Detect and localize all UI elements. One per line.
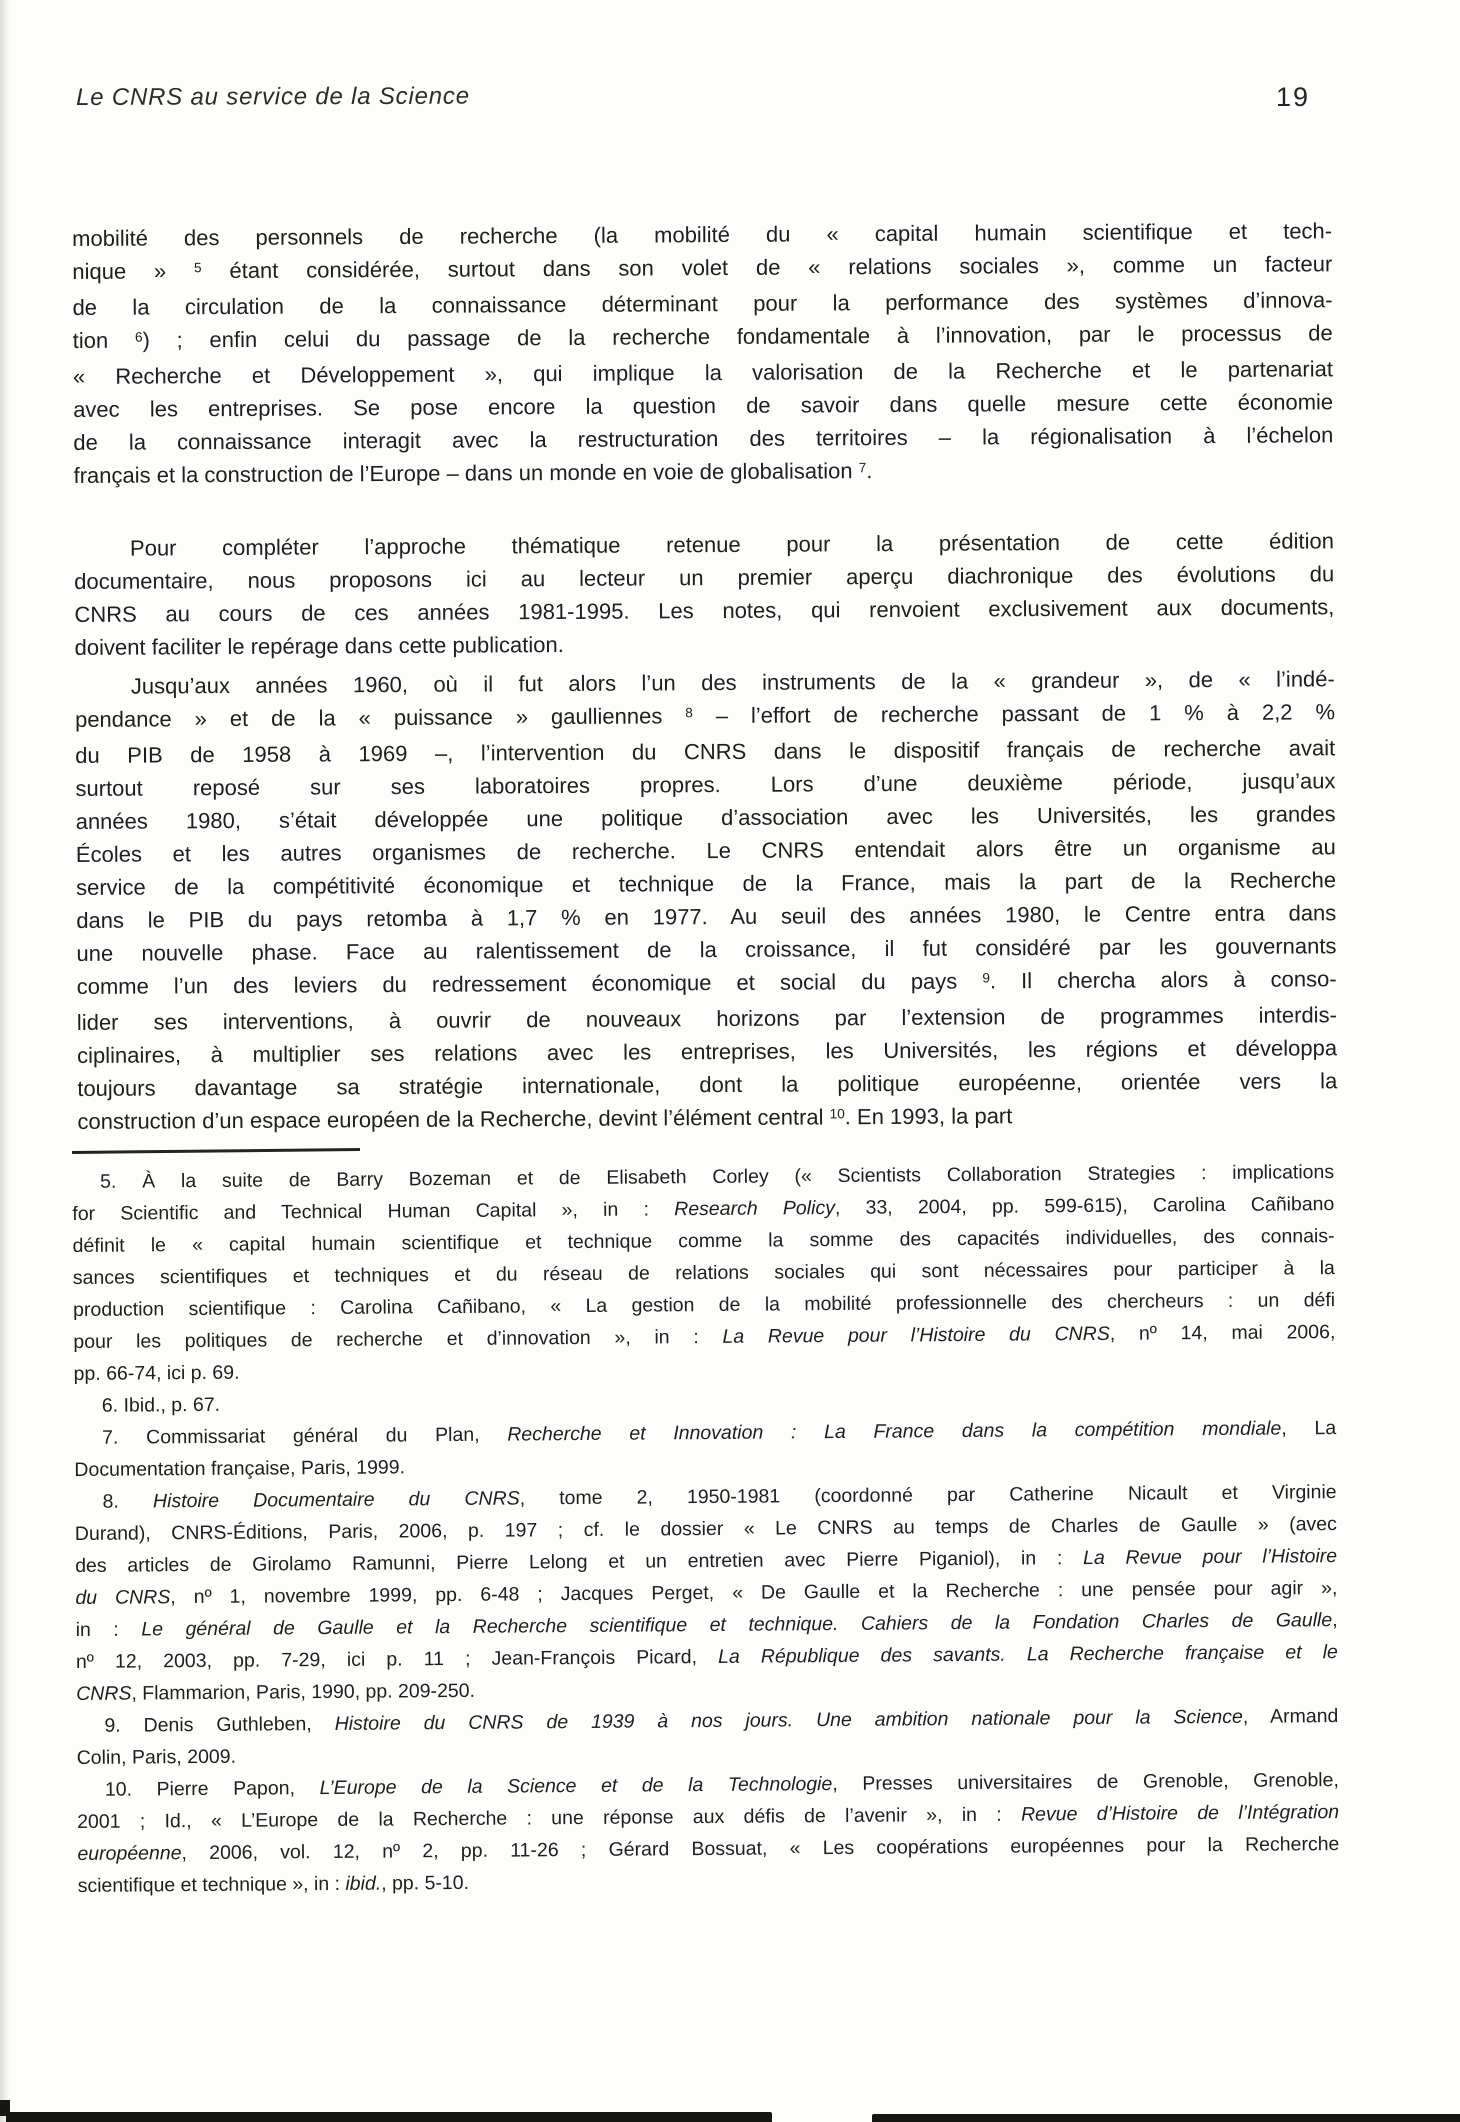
text-run: 6. Ibid., p. 67. (102, 1394, 220, 1417)
text-run: CNRS (76, 1683, 131, 1705)
text-run: Revue d’Histoire de l’Intégration (1021, 1801, 1339, 1825)
text-run: sances scientifiques et techniques et du… (73, 1257, 1335, 1289)
text-run: mobilité des personnels de recherche (la… (72, 218, 1332, 251)
text-run: , (1332, 1609, 1338, 1631)
footnote-5: 5. À la suite de Barry Bozeman et de Eli… (72, 1156, 1336, 1390)
footnote-marker: 7 (859, 460, 867, 475)
text-run: 7. Commissariat général du Plan, (102, 1424, 507, 1449)
scan-artifact-nub (0, 2100, 10, 2116)
scan-artifact-bar-left (6, 2112, 772, 2122)
text-run: , Armand (1243, 1705, 1339, 1728)
footnote-7: 7. Commissariat général du Plan, Recherc… (74, 1412, 1336, 1486)
text-run: Histoire Documentaire du CNRS (153, 1487, 520, 1512)
text-run: CNRS au cours de ces années 1981-1995. L… (74, 594, 1334, 627)
text-run: 5. À la suite de Barry Bozeman et de Eli… (100, 1161, 1334, 1193)
text-run: Le général de Gaulle et la Recherche sci… (141, 1609, 1332, 1640)
text-run: Documentation française, Paris, 1999. (74, 1456, 405, 1481)
text-run: , nº 14, mai 2006, (1110, 1321, 1336, 1345)
text-run: années 1980, s’était développée une poli… (76, 801, 1336, 834)
text-run: scientifique et technique », in : (78, 1873, 346, 1897)
text-run: , 33, 2004, pp. 599-615), Carolina Cañib… (835, 1193, 1335, 1219)
text-line: français et la construction de l’Europe … (73, 451, 1333, 495)
text-run: nique » (72, 258, 194, 284)
text-run: La République des savants. La Recherche … (718, 1641, 1338, 1668)
text-run: pour les politiques de recherche et d’in… (73, 1326, 722, 1353)
footnote-marker: 6 (135, 329, 143, 344)
body-paragraph-3: Jusqu’aux années 1960, où il fut alors l… (75, 662, 1338, 1141)
footnotes-block: 5. À la suite de Barry Bozeman et de Eli… (72, 1156, 1340, 1902)
text-run: Research Policy (674, 1197, 835, 1220)
text-run: construction d’un espace européen de la … (77, 1104, 829, 1134)
text-run: Histoire du CNRS de 1939 à nos jours. Un… (335, 1706, 1243, 1735)
footnote-9: 9. Denis Guthleben, Histoire du CNRS de … (76, 1700, 1338, 1774)
text-run: une nouvelle phase. Face au ralentisseme… (76, 933, 1336, 966)
footnote-marker: 9 (982, 970, 990, 985)
text-run: Durand), CNRS-Éditions, Paris, 2006, p. … (75, 1513, 1337, 1545)
text-run: nº 12, 2003, pp. 7-29, ici p. 11 ; Jean-… (76, 1646, 718, 1673)
text-run: , nº 1, novembre 1999, pp. 6-48 ; Jacque… (170, 1577, 1337, 1608)
text-run: Colin, Paris, 2009. (77, 1746, 237, 1769)
text-run: , Presses universitaires de Grenoble, Gr… (832, 1769, 1339, 1795)
text-run: dans le PIB du pays retomba à 1,7 % en 1… (76, 900, 1336, 933)
text-run: doivent faciliter le repérage dans cette… (75, 632, 564, 660)
text-run: ciplinaires, à multiplier ses relations … (77, 1035, 1337, 1068)
text-line: doivent faciliter le repérage dans cette… (74, 623, 1334, 664)
text-run: tion (73, 328, 135, 353)
body-paragraph-2: Pour compléter l’approche thématique ret… (74, 524, 1335, 664)
text-run: , 2006, vol. 12, nº 2, pp. 11-26 ; Gérar… (181, 1833, 1339, 1864)
text-run: ) ; enfin celui du passage de la recherc… (142, 320, 1332, 352)
text-run: du PIB de 1958 à 1969 –, l’intervention … (75, 735, 1335, 768)
text-run: des articles de Girolamo Ramunni, Pierre… (75, 1547, 1083, 1577)
text-run: La Revue pour l’Histoire du CNRS (722, 1323, 1110, 1348)
text-run: Recherche et Innovation : La France dans… (507, 1418, 1281, 1446)
text-run: de la circulation de la connaissance dét… (72, 287, 1332, 320)
text-run: , tome 2, 1950-1981 (coordonné par Cathe… (520, 1481, 1337, 1509)
text-run: Jusqu’aux années 1960, où il fut alors l… (131, 666, 1335, 698)
text-run: Écoles et les autres organismes de reche… (76, 834, 1336, 867)
text-run: toujours davantage sa stratégie internat… (77, 1068, 1337, 1101)
text-run: . Il chercha alors à conso- (990, 966, 1337, 993)
text-run: européenne (77, 1842, 181, 1865)
text-run: pp. 66-74, ici p. 69. (74, 1362, 240, 1385)
text-run: . (866, 458, 872, 483)
footnote-marker: 8 (685, 705, 693, 720)
body-paragraph-1: mobilité des personnels de recherche (la… (72, 214, 1334, 495)
text-run: La Revue pour l’Histoire (1083, 1545, 1337, 1569)
text-run: 9. Denis Guthleben, (104, 1713, 334, 1737)
page-number: 19 (1276, 82, 1310, 113)
text-run: – l’effort de recherche passant de 1 % à… (693, 699, 1335, 728)
text-run: définit le « capital humain scientifique… (73, 1225, 1335, 1257)
text-run: comme l’un des leviers du redressement é… (77, 968, 983, 999)
text-run: du CNRS (75, 1586, 170, 1609)
text-run: lider ses interventions, à ouvrir de nou… (77, 1002, 1337, 1035)
footnote-marker: 10 (830, 1106, 845, 1121)
scan-artifact-bar-right (872, 2114, 1460, 2122)
text-run: in : (76, 1618, 142, 1641)
text-run: L’Europe de la Science et de la Technolo… (319, 1773, 832, 1799)
text-run: 10. Pierre Papon, (105, 1777, 320, 1801)
text-run: 2001 ; Id., « L’Europe de la Recherche :… (77, 1804, 1021, 1833)
text-run: . En 1993, la part (845, 1103, 1013, 1129)
footnote-8: 8. Histoire Documentaire du CNRS, tome 2… (75, 1476, 1339, 1710)
text-run: 8. (103, 1490, 154, 1512)
scan-edge-shade (0, 0, 10, 2122)
text-run: surtout reposé sur ses laboratoires prop… (75, 768, 1335, 801)
text-run: de la connaissance interagit avec la res… (73, 422, 1333, 455)
body-text: mobilité des personnels de recherche (la… (72, 214, 1338, 1141)
text-run: documentaire, nous proposons ici au lect… (74, 561, 1334, 594)
footnote-separator-rule (72, 1148, 360, 1154)
text-run: , pp. 5-10. (381, 1872, 469, 1895)
text-run: service de la compétitivité économique e… (76, 867, 1336, 900)
text-run: for Scientific and Technical Human Capit… (72, 1198, 674, 1225)
text-run: , La (1281, 1417, 1336, 1439)
text-run: pendance » et de la « puissance » gaulli… (75, 703, 685, 732)
text-run: avec les entreprises. Se pose encore la … (73, 389, 1333, 422)
footnote-10: 10. Pierre Papon, L’Europe de la Science… (77, 1764, 1340, 1902)
text-run: « Recherche et Développement », qui impl… (73, 356, 1333, 389)
running-title: Le CNRS au service de la Science (76, 83, 470, 112)
text-run: production scientifique : Carolina Cañib… (73, 1289, 1335, 1321)
footnote-marker: 5 (194, 260, 202, 275)
book-page: Le CNRS au service de la Science 19 mobi… (0, 0, 1460, 2122)
text-line: construction d’un espace européen de la … (77, 1097, 1337, 1141)
text-run: étant considérée, surtout dans son volet… (202, 251, 1333, 283)
text-run: Pour compléter l’approche thématique ret… (130, 528, 1334, 560)
text-run: français et la construction de l’Europe … (73, 458, 858, 488)
text-run: ibid. (345, 1873, 381, 1895)
text-run: , Flammarion, Paris, 1990, pp. 209-250. (131, 1680, 475, 1705)
